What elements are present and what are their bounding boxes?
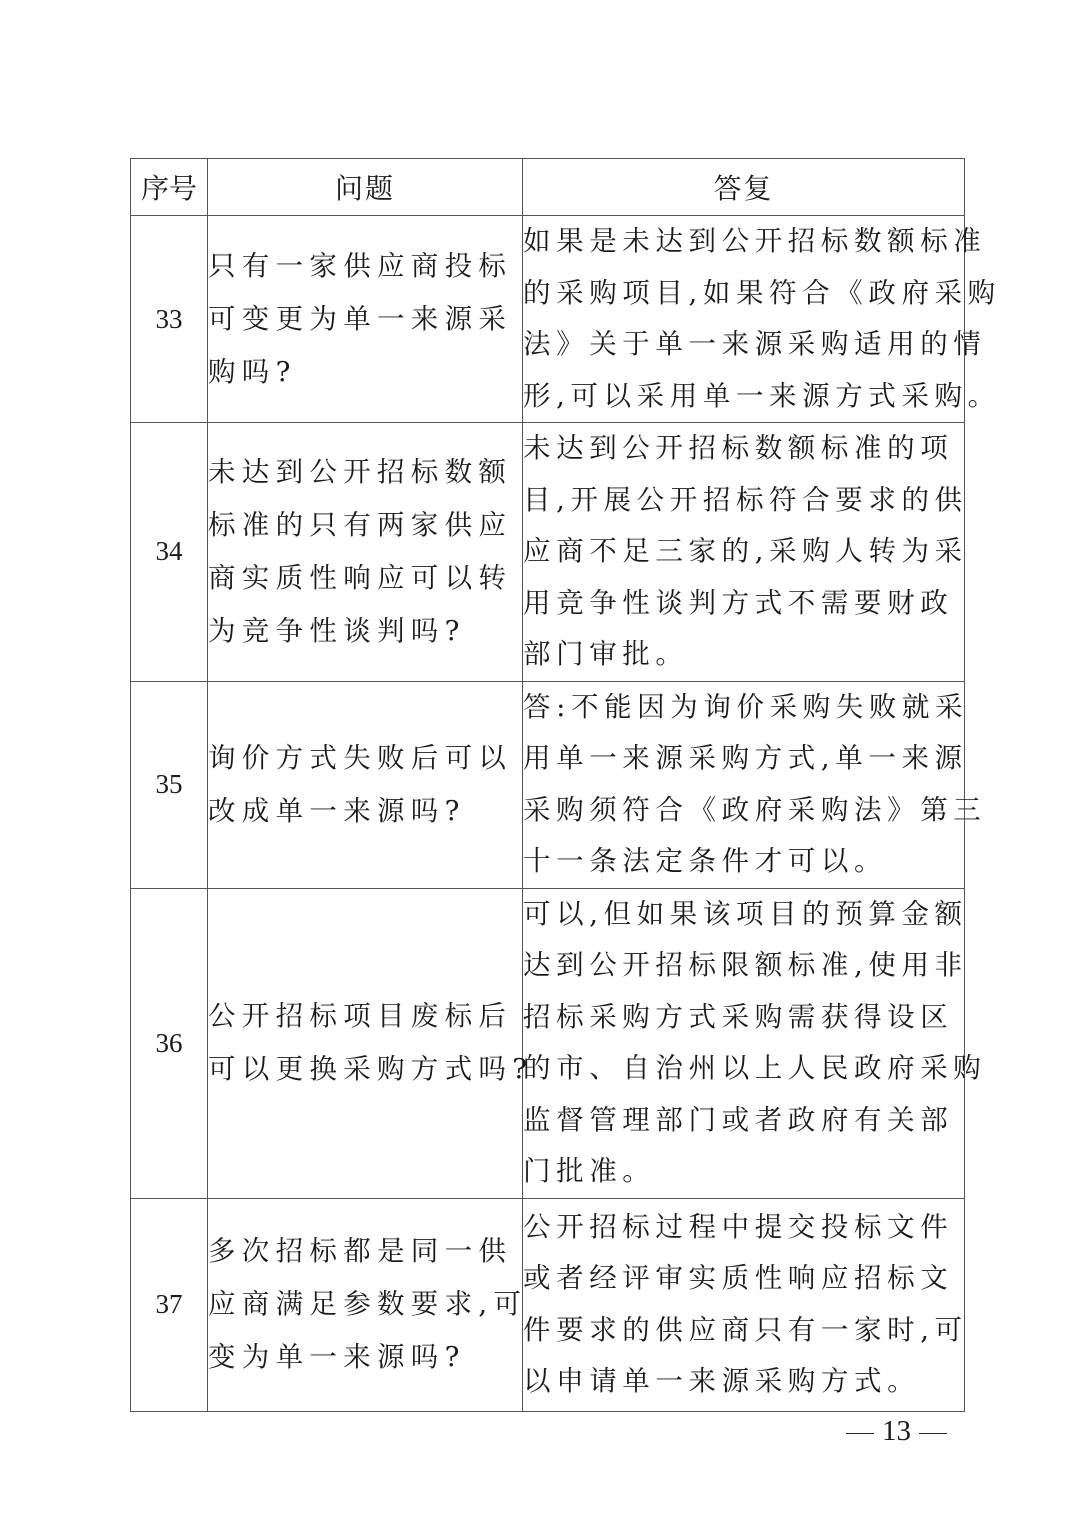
row-number: 33 [131,216,208,423]
question-line: 改成单一来源吗? [208,785,522,838]
answer-line: 或者经评审实质性响应招标文 [523,1253,964,1305]
answer-cell: 如果是未达到公开招标数额标准 的采购项目,如果符合《政府采购 法》关于单一来源采… [523,216,965,423]
question-line: 应商满足参数要求,可 [208,1278,522,1331]
question-line: 商实质性响应可以转 [208,552,522,605]
table-header-row: 序号 问题 答复 [131,159,965,216]
answer-line: 招标采购方式采购需获得设区 [523,992,964,1044]
answer-line: 监督管理部门或者政府有关部 [523,1095,964,1147]
question-line: 可变更为单一来源采 [208,293,522,346]
header-answer: 答复 [523,159,965,216]
row-number: 37 [131,1198,208,1411]
question-cell: 只有一家供应商投标 可变更为单一来源采 购吗? [208,216,523,423]
answer-line: 采购须符合《政府采购法》第三 [523,785,964,837]
question-line: 变为单一来源吗? [208,1331,522,1384]
question-cell: 询价方式失败后可以 改成单一来源吗? [208,681,523,888]
answer-line: 门批准。 [523,1146,964,1198]
header-question: 问题 [208,159,523,216]
answer-line: 用单一来源采购方式,单一来源 [523,733,964,785]
dash-right [919,1433,947,1434]
answer-line: 应商不足三家的,采购人转为采 [523,526,964,578]
question-line: 未达到公开招标数额 [208,446,522,499]
answer-line: 未达到公开招标数额标准的项 [523,423,964,475]
answer-line: 用竞争性谈判方式不需要财政 [523,578,964,630]
answer-line: 法》关于单一来源采购适用的情 [523,319,964,371]
question-line: 多次招标都是同一供 [208,1225,522,1278]
question-cell: 未达到公开招标数额 标准的只有两家供应 商实质性响应可以转 为竞争性谈判吗? [208,423,523,682]
answer-line: 件要求的供应商只有一家时,可 [523,1305,964,1357]
answer-line: 如果是未达到公开招标数额标准 [523,216,964,268]
answer-line: 以申请单一来源采购方式。 [523,1356,964,1408]
answer-line: 公开招标过程中提交投标文件 [523,1202,964,1254]
answer-line: 的市、自治州以上人民政府采购 [523,1043,964,1095]
question-line: 只有一家供应商投标 [208,240,522,293]
answer-cell: 未达到公开招标数额标准的项 目,开展公开招标符合要求的供 应商不足三家的,采购人… [523,423,965,682]
document-page: 序号 问题 答复 33 只有一家供应商投标 可变更为单一来源采 购吗? 如果是未… [0,0,1092,1535]
answer-line: 答:不能因为询价采购失败就采 [523,682,964,734]
dash-left [846,1433,874,1434]
page-number-value: 13 [882,1415,911,1447]
question-line: 购吗? [208,346,522,399]
question-line: 为竞争性谈判吗? [208,605,522,658]
answer-cell: 公开招标过程中提交投标文件 或者经评审实质性响应招标文 件要求的供应商只有一家时… [523,1198,965,1411]
answer-line: 的采购项目,如果符合《政府采购 [523,268,964,320]
question-line: 标准的只有两家供应 [208,499,522,552]
row-number: 35 [131,681,208,888]
question-line: 询价方式失败后可以 [208,732,522,785]
answer-cell: 可以,但如果该项目的预算金额 达到公开招标限额标准,使用非 招标采购方式采购需获… [523,888,965,1198]
table-row: 36 公开招标项目废标后 可以更换采购方式吗? 可以,但如果该项目的预算金额 达… [131,888,965,1198]
table-row: 34 未达到公开招标数额 标准的只有两家供应 商实质性响应可以转 为竞争性谈判吗… [131,423,965,682]
table-row: 35 询价方式失败后可以 改成单一来源吗? 答:不能因为询价采购失败就采 用单一… [131,681,965,888]
answer-line: 形,可以采用单一来源方式采购。 [523,371,964,423]
answer-line: 十一条法定条件才可以。 [523,836,964,888]
answer-line: 达到公开招标限额标准,使用非 [523,940,964,992]
answer-line: 可以,但如果该项目的预算金额 [523,889,964,941]
qa-table: 序号 问题 答复 33 只有一家供应商投标 可变更为单一来源采 购吗? 如果是未… [130,158,965,1412]
question-line: 公开招标项目废标后 [208,990,522,1043]
page-number: 13 [838,1415,955,1448]
question-cell: 多次招标都是同一供 应商满足参数要求,可 变为单一来源吗? [208,1198,523,1411]
answer-line: 部门审批。 [523,629,964,681]
answer-cell: 答:不能因为询价采购失败就采 用单一来源采购方式,单一来源 采购须符合《政府采购… [523,681,965,888]
header-number: 序号 [131,159,208,216]
table-row: 37 多次招标都是同一供 应商满足参数要求,可 变为单一来源吗? 公开招标过程中… [131,1198,965,1411]
question-cell: 公开招标项目废标后 可以更换采购方式吗? [208,888,523,1198]
row-number: 36 [131,888,208,1198]
question-line: 可以更换采购方式吗? [208,1043,522,1096]
table-row: 33 只有一家供应商投标 可变更为单一来源采 购吗? 如果是未达到公开招标数额标… [131,216,965,423]
answer-line: 目,开展公开招标符合要求的供 [523,475,964,527]
row-number: 34 [131,423,208,682]
